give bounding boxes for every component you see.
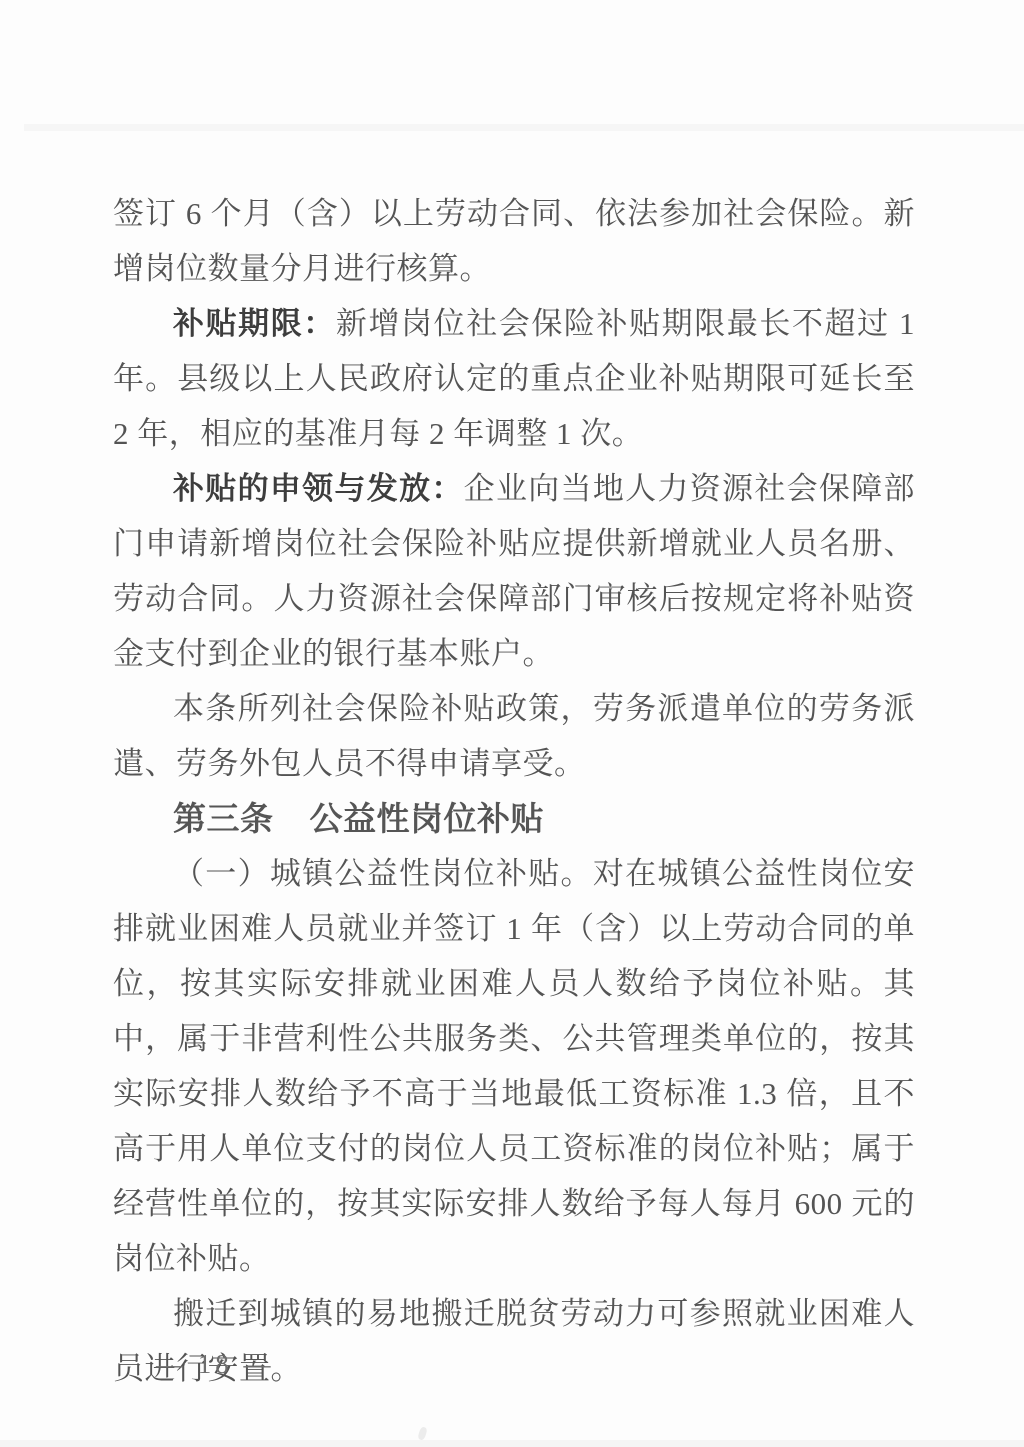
paragraph-text: 本条所列社会保险补贴政策，劳务派遣单位的劳务派遣、劳务外包人员不得申请享受。 — [113, 691, 915, 781]
scan-artifact-band-top — [24, 124, 1024, 131]
document-page: 签订 6 个月（含）以上劳动合同、依法参加社会保险。新增岗位数量分月进行核算。 … — [0, 0, 1024, 1447]
scan-speck-artifact — [417, 1426, 428, 1441]
paragraph-lead-label: 补贴期限： — [173, 306, 336, 341]
article-number: 第三条 — [173, 800, 274, 837]
paragraph-subsidy-period: 补贴期限：新增岗位社会保险补贴期限最长不超过 1 年。县级以上人民政府认定的重点… — [113, 296, 915, 461]
paragraph-text: 签订 6 个月（含）以上劳动合同、依法参加社会保险。新增岗位数量分月进行核算。 — [113, 196, 915, 286]
page-number: — 18 — — [156, 1348, 275, 1380]
article-3-heading: 第三条公益性岗位补贴 — [113, 791, 915, 846]
article-title: 公益性岗位补贴 — [310, 800, 545, 837]
document-body: 签订 6 个月（含）以上劳动合同、依法参加社会保险。新增岗位数量分月进行核算。 … — [113, 186, 915, 1396]
paragraph-public-welfare-posts: （一）城镇公益性岗位补贴。对在城镇公益性岗位安排就业困难人员就业并签订 1 年（… — [113, 846, 915, 1286]
scan-artifact-band-bottom — [0, 1440, 1024, 1447]
paragraph-lead-label: 补贴的申领与发放： — [173, 471, 464, 506]
paragraph-subsidy-application: 补贴的申领与发放：企业向当地人力资源社会保障部门申请新增岗位社会保险补贴应提供新… — [113, 461, 915, 681]
paragraph-text: （一）城镇公益性岗位补贴。对在城镇公益性岗位安排就业困难人员就业并签订 1 年（… — [113, 856, 915, 1276]
paragraph-continuation: 签订 6 个月（含）以上劳动合同、依法参加社会保险。新增岗位数量分月进行核算。 — [113, 186, 915, 296]
paragraph-exclusion-note: 本条所列社会保险补贴政策，劳务派遣单位的劳务派遣、劳务外包人员不得申请享受。 — [113, 681, 915, 791]
